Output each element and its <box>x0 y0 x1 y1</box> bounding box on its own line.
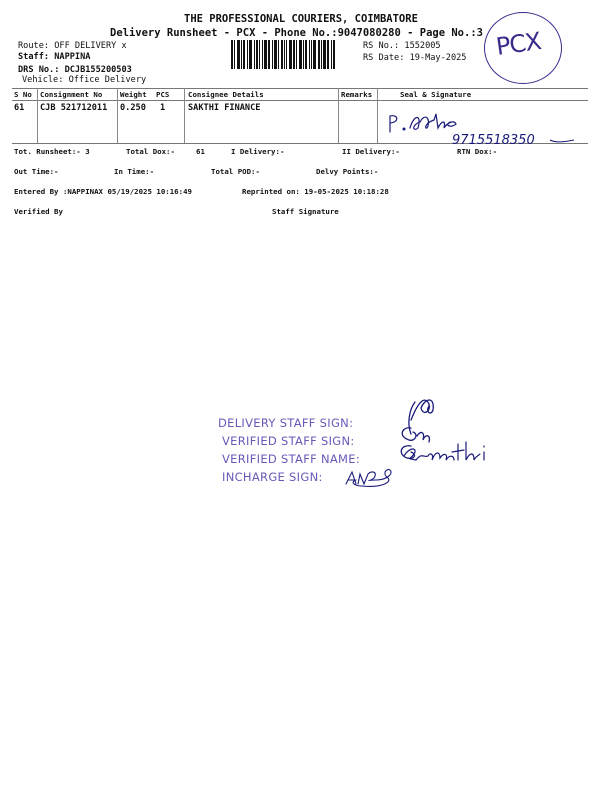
barcode-icon <box>231 40 359 69</box>
rs-number: RS No.: 1552005 <box>363 41 441 51</box>
cell-consignee: SAKTHI FINANCE <box>188 103 260 113</box>
in-time-label: In Time:- <box>114 167 154 176</box>
column-header-consignee: Consignee Details <box>188 90 264 99</box>
drs-number: DRS No.: DCJB155200503 <box>18 65 132 75</box>
column-divider <box>117 88 118 143</box>
verified-staff-sign-label: VERIFIED STAFF SIGN: <box>222 434 355 448</box>
table-header-border <box>12 100 588 101</box>
delvy-points-label: Delvy Points:- <box>316 167 378 176</box>
entered-by: Entered By :NAPPINAX 05/19/2025 10:16:49 <box>14 187 192 196</box>
column-divider <box>377 88 378 143</box>
verified-by-label: Verified By <box>14 207 63 216</box>
handwritten-staff-name <box>400 438 490 468</box>
reprinted-on: Reprinted on: 19-05-2025 10:18:28 <box>242 187 389 196</box>
cell-consignment-no: CJB 521712011 <box>40 103 107 113</box>
vehicle-label: Vehicle: Office Delivery <box>22 75 146 85</box>
receiver-signature-icon: 9715518350 <box>384 110 594 146</box>
staff-signature-label: Staff Signature <box>272 207 339 216</box>
rs-date: RS Date: 19-May-2025 <box>363 53 466 63</box>
incharge-sign-label: INCHARGE SIGN: <box>222 470 323 484</box>
total-dox-value: 61 <box>196 147 205 156</box>
ii-delivery-label: II Delivery:- <box>342 147 400 156</box>
verified-staff-name-label: VERIFIED STAFF NAME: <box>222 452 360 466</box>
out-time-label: Out Time:- <box>14 167 59 176</box>
cell-s-no: 61 <box>14 103 24 113</box>
column-divider <box>184 88 185 143</box>
total-runsheet: Tot. Runsheet:- 3 <box>14 147 90 156</box>
total-dox-label: Total Dox:- <box>126 147 175 156</box>
route-label: Route: OFF DELIVERY x <box>18 41 127 51</box>
column-header-remarks: Remarks <box>341 90 372 99</box>
incharge-signature-scribble-icon <box>342 466 412 490</box>
table-top-border <box>12 88 588 89</box>
cell-weight: 0.250 <box>120 103 146 113</box>
column-divider <box>338 88 339 143</box>
runsheet-subtitle: Delivery Runsheet - PCX - Phone No.:9047… <box>110 27 483 39</box>
total-pod-label: Total POD:- <box>211 167 260 176</box>
column-header-s-no: S No <box>14 90 32 99</box>
delivery-staff-sign-label: DELIVERY STAFF SIGN: <box>218 416 353 430</box>
rtn-dox-label: RTN Dox:- <box>457 147 497 156</box>
column-divider <box>37 88 38 143</box>
receiver-phone: 9715518350 <box>452 133 535 146</box>
column-header-consignment: Consignment No <box>40 90 102 99</box>
column-header-seal-signature: Seal & Signature <box>400 90 471 99</box>
column-header-weight: Weight <box>120 90 147 99</box>
staff-label: Staff: NAPPINA <box>18 52 90 62</box>
cell-pcs: 1 <box>160 103 165 113</box>
column-header-pcs: PCS <box>156 90 169 99</box>
company-title: THE PROFESSIONAL COURIERS, COIMBATORE <box>184 13 418 25</box>
i-delivery-label: I Delivery:- <box>231 147 284 156</box>
